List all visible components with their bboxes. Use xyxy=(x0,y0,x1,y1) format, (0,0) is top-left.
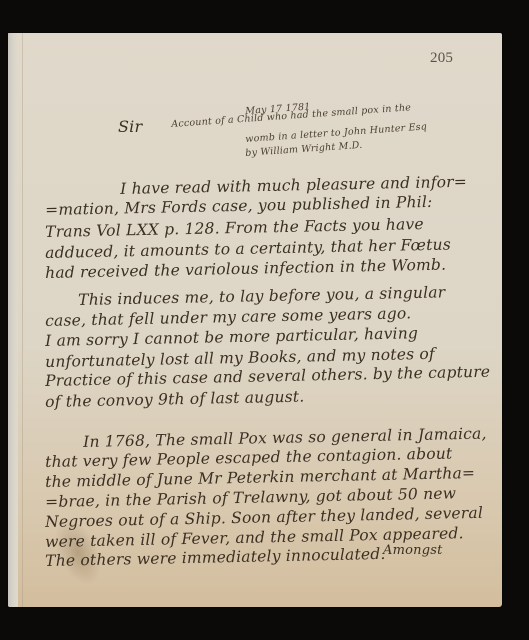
scan-frame: 205 Sir May 17 1781 Account of a Child w… xyxy=(0,0,529,640)
manuscript-page: 205 Sir May 17 1781 Account of a Child w… xyxy=(8,33,502,607)
salutation: Sir xyxy=(118,117,142,136)
catchword: Amongst xyxy=(383,543,443,558)
text-line: of the convoy 9th of last august. xyxy=(45,388,305,411)
folio-number: 205 xyxy=(430,50,453,67)
